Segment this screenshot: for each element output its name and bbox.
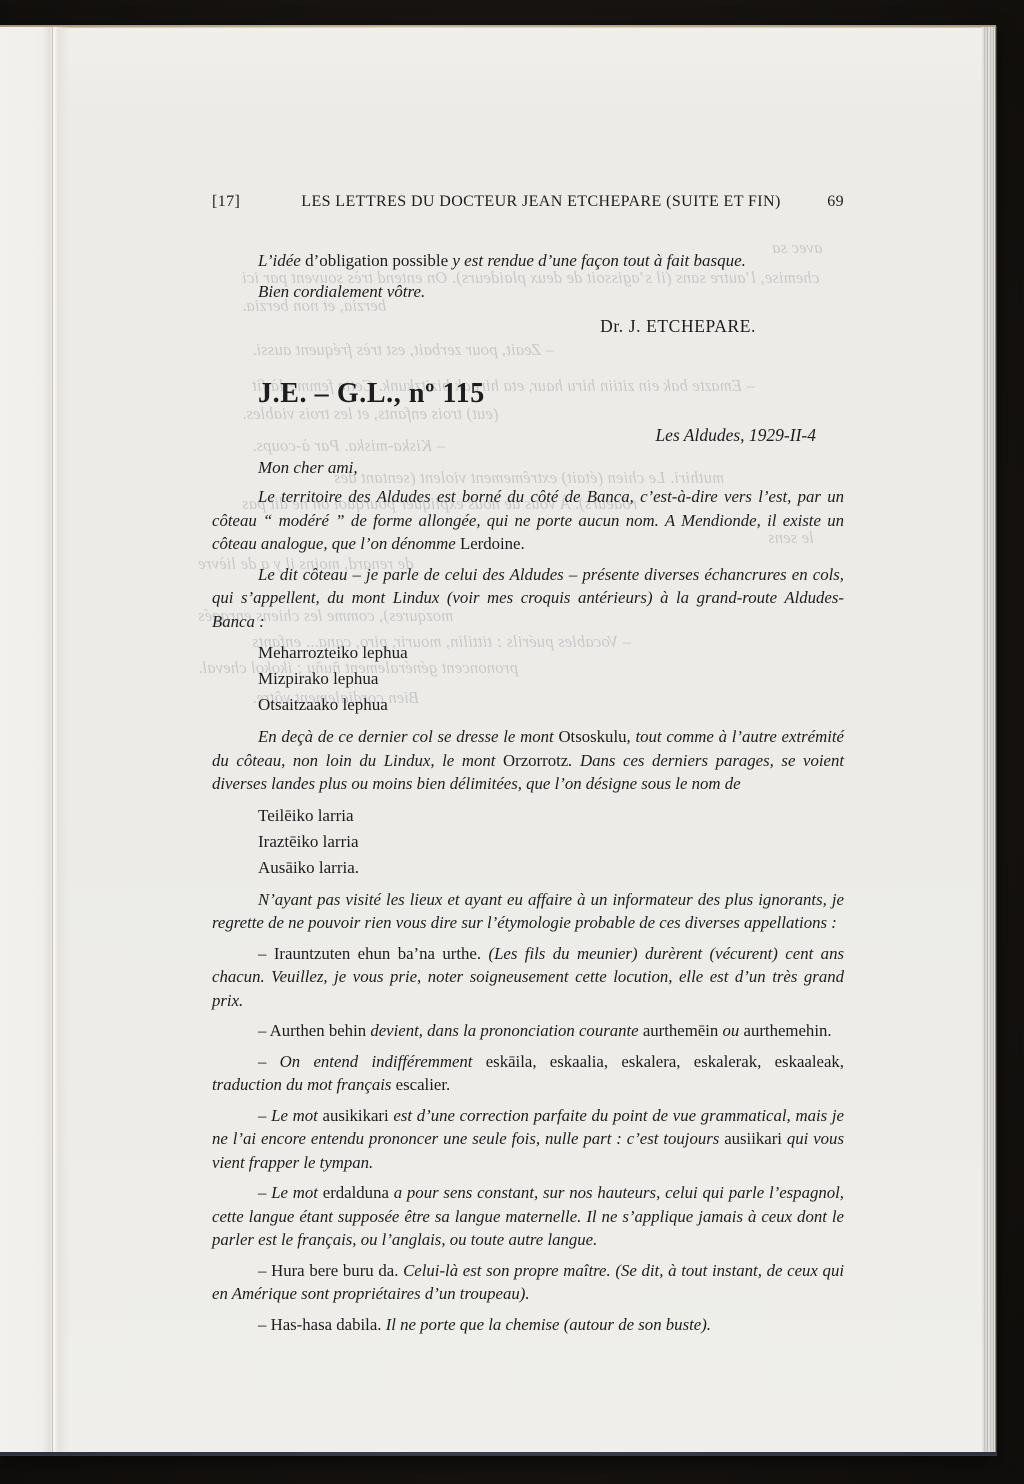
list-item: Otsaitzaako lephua xyxy=(212,692,844,718)
paragraph: Le territoire des Aldudes est borné du c… xyxy=(212,485,844,556)
italic-text-segment: Le dit côteau – je parle de celui des Al… xyxy=(212,565,844,631)
book-page: avec sachemise, l’autre sans (il s’agiss… xyxy=(0,27,996,1455)
list-item: Meharrozteiko lephua xyxy=(212,640,844,666)
paragraph: En deçà de ce dernier col se dresse le m… xyxy=(212,725,844,796)
italic-text-segment: En deçà de ce dernier col se dresse le m… xyxy=(258,727,558,746)
roman-text-segment: Otsoskulu xyxy=(558,727,626,746)
roman-text-segment: erdalduna xyxy=(323,1183,394,1202)
roman-text-segment: aurthemēin xyxy=(643,1021,723,1040)
roman-text-segment: Teilēiko larria xyxy=(258,806,354,825)
paragraph: – Has-hasa dabila. Il ne porte que la ch… xyxy=(212,1313,844,1337)
italic-text-segment: – On entend indifféremment xyxy=(258,1052,486,1071)
roman-text-segment: aurthemehin. xyxy=(744,1021,832,1040)
roman-text-segment: ausikikari xyxy=(323,1106,394,1125)
photo-background: avec sachemise, l’autre sans (il s’agiss… xyxy=(0,0,1024,1484)
letter-body: Le territoire des Aldudes est borné du c… xyxy=(212,485,844,1336)
header-title: LES LETTRES DU DOCTEUR JEAN ETCHEPARE (S… xyxy=(284,193,798,211)
previous-letter-closing: L’idée d’obligation possible y est rendu… xyxy=(212,245,844,307)
dateline: Les Aldudes, 1929-II-4 xyxy=(212,425,844,446)
roman-text-segment: – Aurthen behin xyxy=(258,1021,370,1040)
italic-text-segment: – Le mot xyxy=(258,1183,323,1202)
italic-text-segment: – Le mot xyxy=(258,1106,323,1125)
italic-text-segment: devient, dans la prononciation courante xyxy=(370,1021,643,1040)
letter-heading: J.E. – G.L., nº 115 xyxy=(212,378,844,410)
italic-text-segment: traduction du mot français xyxy=(212,1075,396,1094)
roman-text-segment: – Has-hasa dabila. xyxy=(258,1315,386,1334)
roman-text-segment: Meharrozteiko lephua xyxy=(258,643,408,662)
italic-text-segment: Bien cordialement vôtre. xyxy=(258,282,425,301)
italic-text-segment: ou xyxy=(723,1021,744,1040)
roman-text-segment: Ausāiko larria. xyxy=(258,858,359,877)
roman-text-segment: – Irauntzuten ehun ba’na urthe. xyxy=(258,944,488,963)
italic-text-segment: y est rendue d’une façon tout à fait bas… xyxy=(452,251,746,270)
paragraph: – Le mot erdalduna a pour sens constant,… xyxy=(212,1181,844,1252)
roman-text-segment: d’obligation possible xyxy=(305,251,452,270)
page-bottom-edge xyxy=(0,1452,996,1455)
list-item: Iraztēiko larria xyxy=(212,829,844,855)
italic-text-segment: Le territoire des Aldudes est borné du c… xyxy=(212,487,844,553)
paragraph: N’ayant pas visité les lieux et ayant eu… xyxy=(212,888,844,935)
list-item: Teilēiko larria xyxy=(212,803,844,829)
page-gutter xyxy=(0,27,70,1455)
gutter-crease xyxy=(52,27,53,1455)
roman-text-segment: ausiikari xyxy=(724,1129,787,1148)
roman-text-segment: Lerdoine. xyxy=(460,534,525,553)
italic-text-segment: L’idée xyxy=(258,251,305,270)
paragraph: – On entend indifféremment eskāila, eska… xyxy=(212,1050,844,1097)
paragraph: Bien cordialement vôtre. xyxy=(212,276,844,307)
paragraph: – Irauntzuten ehun ba’na urthe. (Les fil… xyxy=(212,942,844,1013)
paragraph: – Le mot ausikikari est d’une correction… xyxy=(212,1104,844,1175)
roman-text-segment: Iraztēiko larria xyxy=(258,832,359,851)
paragraph: L’idée d’obligation possible y est rendu… xyxy=(212,245,844,276)
list-item: Mizpirako lephua xyxy=(212,666,844,692)
roman-text-segment: escalier. xyxy=(396,1075,451,1094)
header-page-number: 69 xyxy=(798,193,844,211)
paragraph: – Aurthen behin devient, dans la prononc… xyxy=(212,1019,844,1043)
salutation: Mon cher ami, xyxy=(212,458,844,478)
list-item: Ausāiko larria. xyxy=(212,855,844,881)
header-bracket-number: [17] xyxy=(212,193,284,211)
italic-text-segment: Il ne porte que la chemise (autour de so… xyxy=(386,1315,711,1334)
paragraph: Le dit côteau – je parle de celui des Al… xyxy=(212,563,844,634)
page-stack-edge xyxy=(982,27,996,1455)
printed-content: [17] LES LETTRES DU DOCTEUR JEAN ETCHEPA… xyxy=(212,27,844,1336)
roman-text-segment: – Hura bere buru da. xyxy=(258,1261,403,1280)
roman-text-segment: eskāila, eskaalia, eskalera, eskalerak, … xyxy=(486,1052,844,1071)
paragraph: – Hura bere buru da. Celui-là est son pr… xyxy=(212,1259,844,1306)
italic-text-segment: N’ayant pas visité les lieux et ayant eu… xyxy=(212,890,844,933)
running-head: [17] LES LETTRES DU DOCTEUR JEAN ETCHEPA… xyxy=(212,193,844,211)
roman-text-segment: Orzorrotz xyxy=(503,751,568,770)
roman-text-segment: Otsaitzaako lephua xyxy=(258,695,388,714)
roman-text-segment: Mizpirako lephua xyxy=(258,669,378,688)
signature: Dr. J. ETCHEPARE. xyxy=(212,316,844,337)
